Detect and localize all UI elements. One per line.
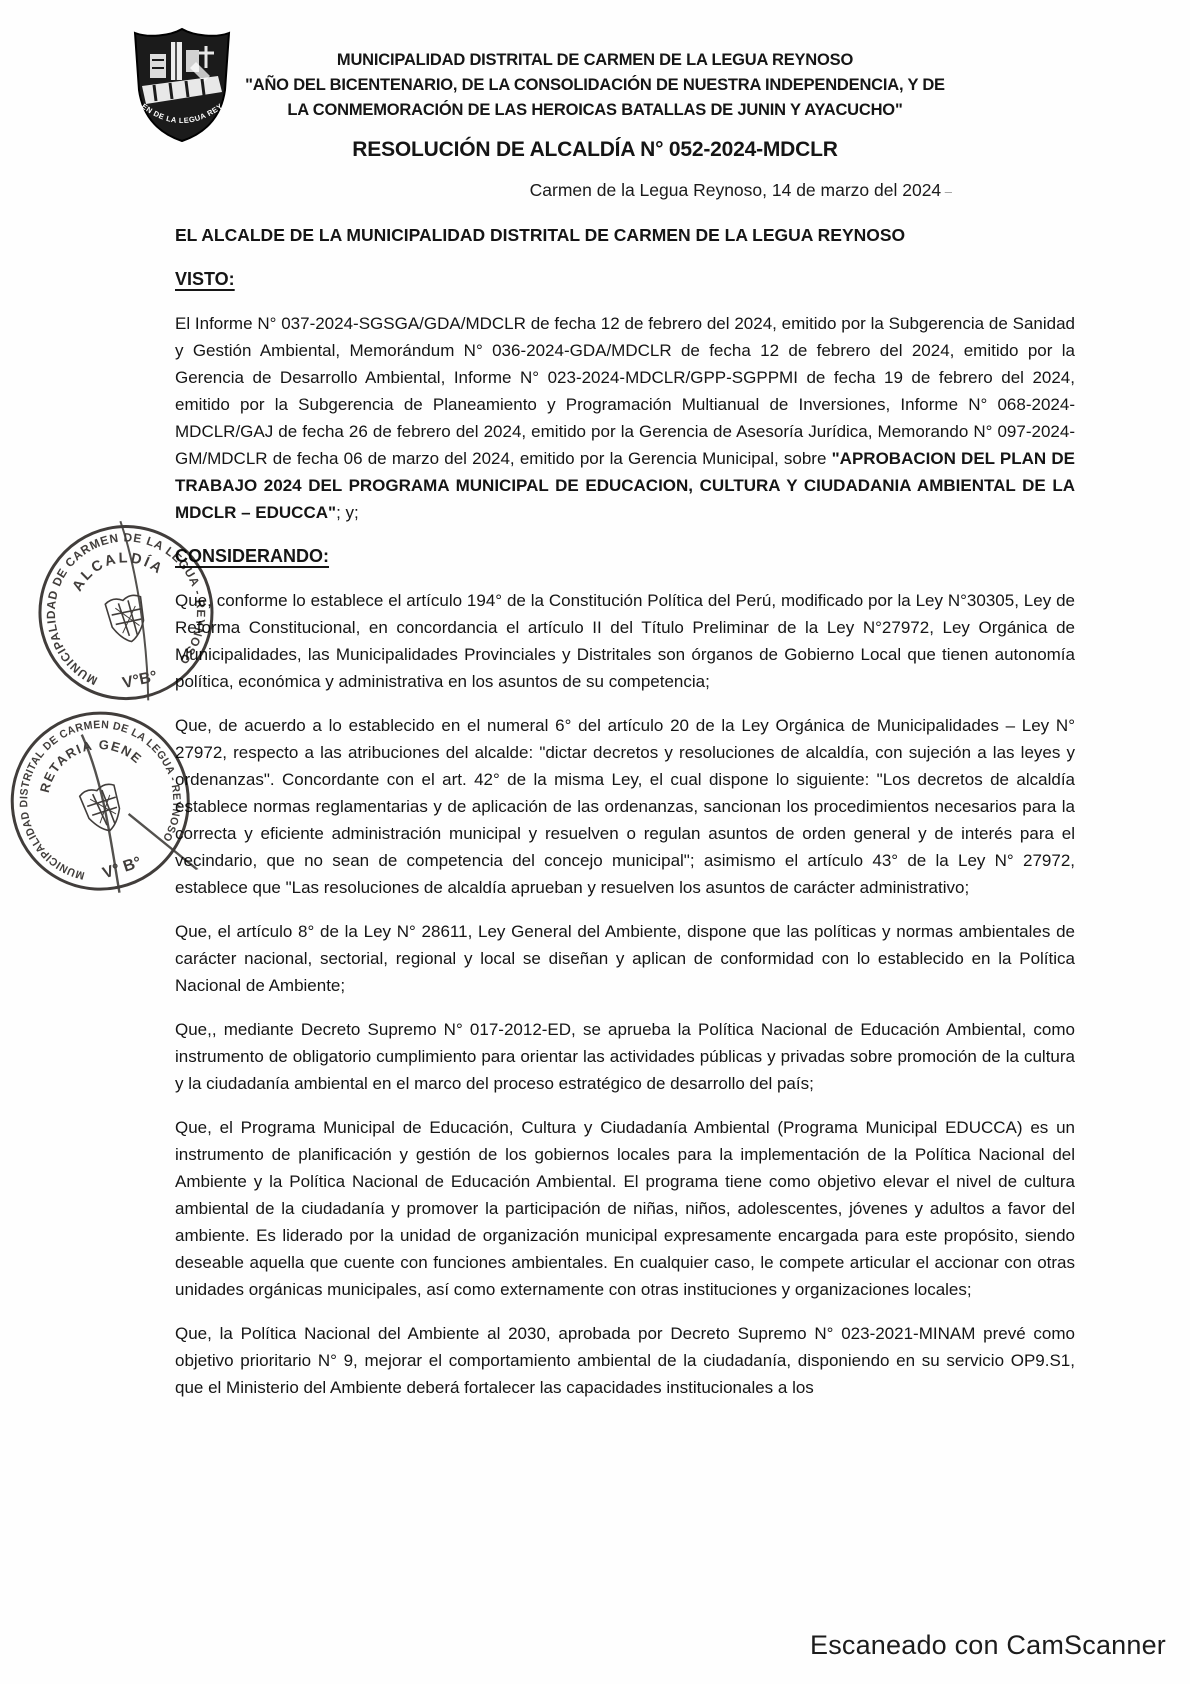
considerando-paragraph-2: Que, de acuerdo a lo establecido en el n… [175, 712, 1075, 901]
considerando-paragraph-5: Que, el Programa Municipal de Educación,… [175, 1114, 1075, 1303]
document-body: EL ALCALDE DE LA MUNICIPALIDAD DISTRITAL… [175, 222, 1075, 1418]
org-name: MUNICIPALIDAD DISTRITAL DE CARMEN DE LA … [170, 48, 1020, 73]
svg-text:MUNICIPALIDAD DISTRITAL DE CAR: MUNICIPALIDAD DISTRITAL DE CARMEN DE LA … [0, 698, 200, 894]
stamp-approval-text: V° B° [101, 854, 144, 882]
considerando-paragraph-4: Que,, mediante Decreto Supremo N° 017-20… [175, 1016, 1075, 1097]
scanned-document-page: CARMEN DE LA LEGUA REYNOSO MUNICIPALIDAD… [0, 0, 1190, 1684]
motto-line-1: "AÑO DEL BICENTENARIO, DE LA CONSOLIDACI… [170, 73, 1020, 98]
visto-lead: El Informe N° 037-2024-SGSGA/GDA/MDCLR d… [175, 314, 1075, 468]
visto-heading: VISTO: [175, 266, 1075, 293]
addressee-heading: EL ALCALDE DE LA MUNICIPALIDAD DISTRITAL… [175, 222, 1075, 249]
stamp-ring-text: MUNICIPALIDAD DISTRITAL DE CARMEN DE LA … [0, 698, 200, 894]
camscanner-watermark: Escaneado con CamScanner [810, 1630, 1166, 1661]
stamp-coat-of-arms [79, 782, 127, 836]
letterhead: MUNICIPALIDAD DISTRITAL DE CARMEN DE LA … [170, 48, 1020, 123]
considerando-heading: CONSIDERANDO: [175, 543, 1075, 570]
considerando-paragraph-3: Que, el artículo 8° de la Ley N° 28611, … [175, 918, 1075, 999]
considerando-paragraph-1: Que, conforme lo establece el artículo 1… [175, 587, 1075, 695]
round-stamp-icon: MUNICIPALIDAD DE CARMEN DE LA LEGUA - RE… [16, 503, 235, 722]
visto-tail: ; y; [336, 503, 359, 522]
considerando-paragraph-6: Que, la Política Nacional del Ambiente a… [175, 1320, 1075, 1401]
motto-line-2: LA CONMEMORACIÓN DE LAS HEROICAS BATALLA… [170, 98, 1020, 123]
resolution-title: RESOLUCIÓN DE ALCALDÍA N° 052-2024-MDCLR [0, 138, 1190, 162]
dateline: Carmen de la Legua Reynoso, 14 de marzo … [530, 180, 952, 201]
visto-paragraph: El Informe N° 037-2024-SGSGA/GDA/MDCLR d… [175, 310, 1075, 526]
